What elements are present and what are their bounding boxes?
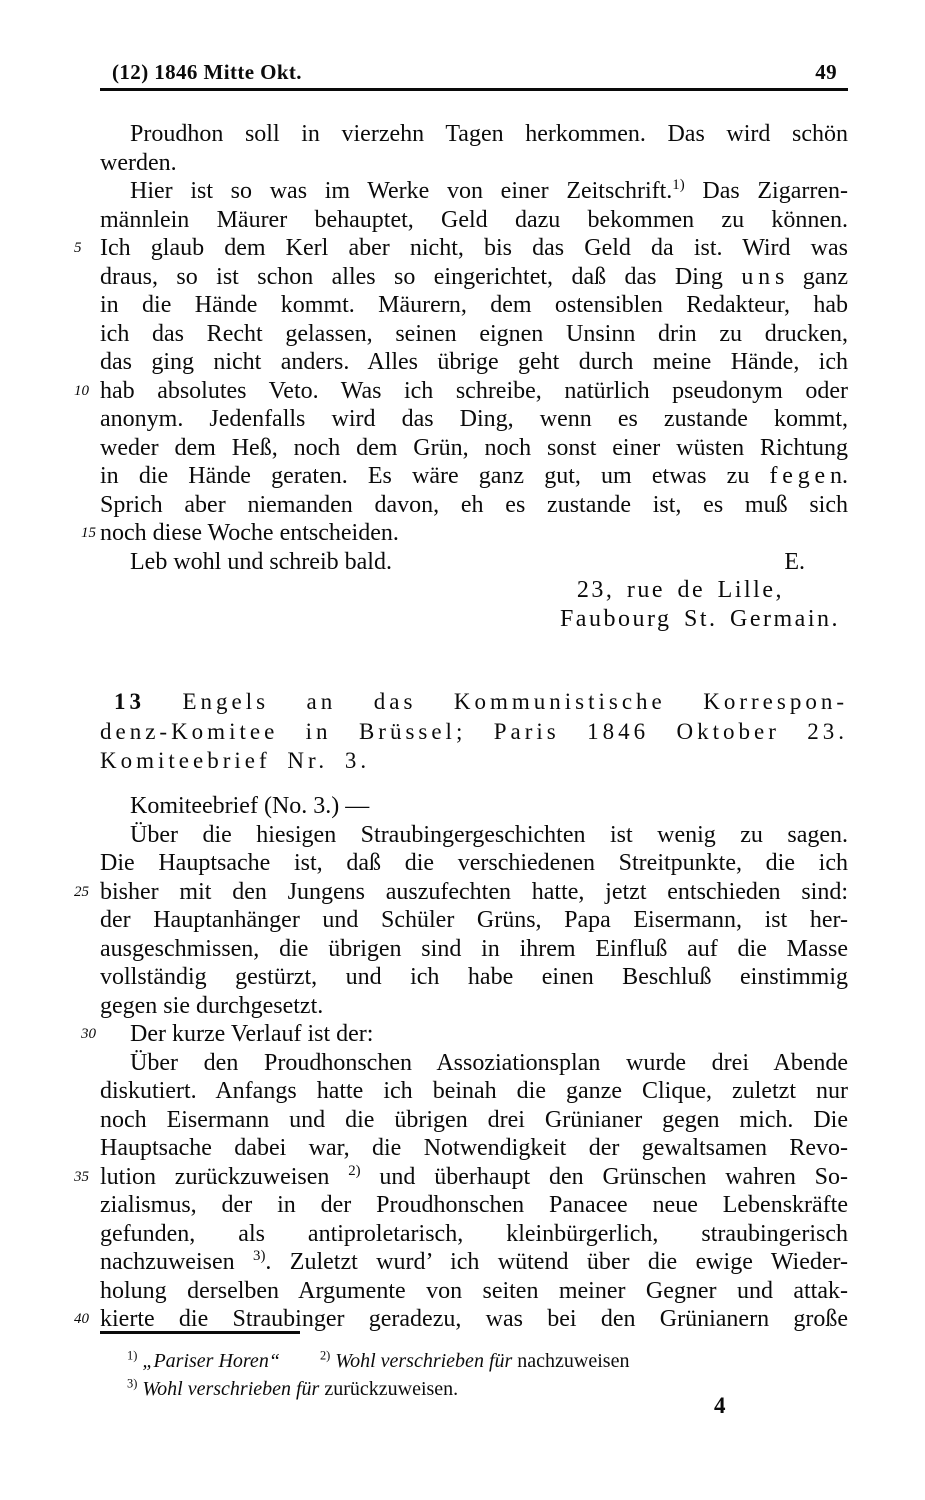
text-segment: Ich glaub dem Kerl aber nicht, bis das G… [100, 235, 848, 261]
text-segment: männlein Mäurer behauptet, Geld dazu bek… [100, 207, 848, 233]
text-segment: holung derselben Argumente von seiten me… [100, 1278, 848, 1304]
text-segment: 13 [114, 689, 145, 714]
text-line: in die Hände kommt. Mäurern, dem ostensi… [100, 291, 848, 320]
text-segment: Wohl verschrieben für [335, 1350, 512, 1372]
page-number-top: 49 [815, 60, 837, 85]
text-segment: anonym. Jedenfalls wird das Ding, wenn e… [100, 406, 848, 432]
text-segment: hab absolutes Veto. Was ich schreibe, na… [100, 378, 848, 404]
page-number-bottom: 4 [714, 1393, 726, 1419]
text-line: gefunden, als antiproletarisch, kleinbür… [100, 1220, 848, 1249]
text-line: das ging nicht anders. Alles übrige geht… [100, 348, 848, 377]
text-line: 5Ich glaub dem Kerl aber nicht, bis das … [100, 234, 848, 263]
footnote-reference: 3) [253, 1248, 265, 1264]
text-line: 15noch diese Woche entscheiden. [100, 519, 848, 548]
footnote-reference: 2) [320, 1348, 330, 1362]
text-line: 13 Engels an das Kommunistische Korrespo… [100, 687, 848, 717]
text-segment [280, 1350, 320, 1372]
text-segment: in die Hände geraten. Es wäre ganz gut, … [100, 463, 848, 489]
footnote-reference: 2) [348, 1163, 360, 1179]
text-line: Über den Proudhonschen Assoziationsplan … [100, 1049, 848, 1078]
text-segment: Wohl verschrieben für [142, 1378, 319, 1400]
text-line: holung derselben Argumente von seiten me… [100, 1277, 848, 1306]
address-line: 23, rue de Lille, [100, 576, 848, 605]
text-line: 30Der kurze Verlauf ist der: [100, 1020, 848, 1049]
text-segment: nachzuweisen [100, 1249, 253, 1275]
text-segment: Über den Proudhonschen Assoziationsplan … [130, 1050, 848, 1076]
text-segment: vollständig gestürzt, und ich habe einen… [100, 964, 848, 990]
address-line: Faubourg St. Germain. [100, 605, 848, 634]
text-segment: gefunden, als antiproletarisch, kleinbür… [100, 1221, 848, 1247]
text-segment: und überhaupt den Grünschen wahren So- [361, 1164, 848, 1190]
text-line: männlein Mäurer behauptet, Geld dazu bek… [100, 206, 848, 235]
text-line: anonym. Jedenfalls wird das Ding, wenn e… [100, 405, 848, 434]
text-segment: denz-Komitee in Brüssel; Paris 1846 Okto… [100, 719, 848, 744]
margin-line-number: 25 [74, 885, 96, 900]
letter-13-paragraphs: Komiteebrief (No. 3.) —Über die hiesigen… [100, 792, 848, 1334]
text-segment: . Zuletzt wurd’ ich wütend über die ewig… [265, 1249, 848, 1275]
footnote-separator-rule [100, 1331, 300, 1334]
text-segment: Über die hiesigen Straubingergeschichten… [130, 822, 848, 848]
text-line: 25bisher mit den Jungens auszufechten ha… [100, 878, 848, 907]
text-segment: lution zurückzuweisen [100, 1164, 348, 1190]
signature-line: Leb wohl und schreib bald. E. [100, 548, 848, 577]
section-heading-13: 13 Engels an das Kommunistische Korrespo… [100, 687, 848, 776]
text-segment: noch Eisermann und die übrigen drei Grün… [100, 1107, 848, 1133]
margin-line-number: 30 [74, 1027, 96, 1042]
signature-initial: E. [784, 548, 805, 577]
letter-12-paragraphs: Proudhon soll in vierzehn Tagen herkomme… [100, 120, 848, 548]
text-segment: Proudhon soll in vierzehn Tagen herkomme… [130, 121, 848, 147]
text-segment: bisher mit den Jungens auszufechten hatt… [100, 879, 848, 905]
text-segment: in die Hände kommt. Mäurern, dem ostensi… [100, 292, 848, 318]
text-line: 40kierte die Straubinger geradezu, was b… [100, 1305, 848, 1334]
text-segment: Das Zigarren- [685, 178, 848, 204]
text-segment: der Hauptanhänger und Schüler Grüns, Pap… [100, 907, 848, 933]
text-segment: Der kurze Verlauf ist der: [130, 1021, 373, 1047]
scanned-book-page: (12) 1846 Mitte Okt. 49 Proudhon soll in… [0, 0, 925, 1500]
text-segment: gegen sie durchgesetzt. [100, 993, 323, 1019]
text-segment: Die Hauptsache ist, daß die verschiedene… [100, 850, 848, 876]
text-line: Komiteebrief (No. 3.) — [100, 792, 848, 821]
text-line: 1) „Pariser Horen“ 2) Wohl verschrieben … [100, 1347, 848, 1375]
text-segment: noch diese Woche entscheiden. [100, 520, 399, 546]
text-line: 3) Wohl verschrieben für zurückzuweisen. [100, 1375, 848, 1403]
text-segment: weder dem Heß, noch dem Grün, noch sonst… [100, 435, 848, 461]
text-line: Sprich aber niemanden davon, eh es zusta… [100, 491, 848, 520]
text-line: draus, so ist schon alles so eingerichte… [100, 263, 848, 292]
text-line: ausgeschmissen, die übrigen sind in ihre… [100, 935, 848, 964]
text-line: Über die hiesigen Straubingergeschichten… [100, 821, 848, 850]
text-line: ich das Recht gelassen, seinen eignen Un… [100, 320, 848, 349]
text-line: 10hab absolutes Veto. Was ich schreibe, … [100, 377, 848, 406]
margin-line-number: 15 [74, 526, 96, 541]
text-line: Die Hauptsache ist, daß die verschiedene… [100, 849, 848, 878]
text-segment: Hauptsache dabei war, die Notwendigkeit … [100, 1135, 848, 1161]
text-segment: zialismus, der in der Proudhonschen Pana… [100, 1192, 848, 1218]
text-line: vollständig gestürzt, und ich habe einen… [100, 963, 848, 992]
text-segment: das ging nicht anders. Alles übrige geht… [100, 349, 848, 375]
text-segment: draus, so ist schon alles so eingerichte… [100, 264, 848, 290]
text-line: 35lution zurückzuweisen 2) und überhaupt… [100, 1163, 848, 1192]
running-header-title: (12) 1846 Mitte Okt. [100, 60, 302, 85]
text-line: Hier ist so was im Werke von einer Zeits… [100, 177, 848, 206]
closing-phrase: Leb wohl und schreib bald. [130, 549, 392, 575]
text-line: weder dem Heß, noch dem Grün, noch sonst… [100, 434, 848, 463]
text-line: werden. [100, 149, 848, 178]
text-segment: Komiteebrief Nr. 3. [100, 748, 370, 773]
text-line: in die Hände geraten. Es wäre ganz gut, … [100, 462, 848, 491]
footnote-reference: 1) [672, 177, 684, 193]
text-segment: ausgeschmissen, die übrigen sind in ihre… [100, 936, 848, 962]
text-line: diskutiert. Anfangs hatte ich beinah die… [100, 1077, 848, 1106]
text-line: der Hauptanhänger und Schüler Grüns, Pap… [100, 906, 848, 935]
text-segment: kierte die Straubinger geradezu, was bei… [100, 1306, 848, 1332]
text-line: zialismus, der in der Proudhonschen Pana… [100, 1191, 848, 1220]
text-segment: ich das Recht gelassen, seinen eignen Un… [100, 321, 848, 347]
text-line: Komiteebrief Nr. 3. [100, 746, 848, 776]
text-segment: diskutiert. Anfangs hatte ich beinah die… [100, 1078, 848, 1104]
footnotes: 1) „Pariser Horen“ 2) Wohl verschrieben … [100, 1347, 848, 1403]
running-header: (12) 1846 Mitte Okt. 49 [100, 60, 848, 85]
text-line: Hauptsache dabei war, die Notwendigkeit … [100, 1134, 848, 1163]
section-heading-lines: 13 Engels an das Kommunistische Korrespo… [100, 687, 848, 776]
text-segment: Engels an das Kommunistische Korrespon- [145, 689, 848, 714]
header-rule [100, 88, 848, 91]
text-line: noch Eisermann und die übrigen drei Grün… [100, 1106, 848, 1135]
margin-line-number: 10 [74, 384, 96, 399]
text-segment: Komiteebrief (No. 3.) — [130, 793, 369, 819]
text-segment: Sprich aber niemanden davon, eh es zusta… [100, 492, 848, 518]
text-segment: nachzuweisen [512, 1350, 629, 1372]
text-line: Proudhon soll in vierzehn Tagen herkomme… [100, 120, 848, 149]
text-line: gegen sie durchgesetzt. [100, 992, 848, 1021]
footnote-reference: 3) [127, 1376, 137, 1390]
letter-12-body: Proudhon soll in vierzehn Tagen herkomme… [100, 120, 848, 633]
text-line: nachzuweisen 3). Zuletzt wurd’ ich wüten… [100, 1248, 848, 1277]
text-segment: Hier ist so was im Werke von einer Zeits… [130, 178, 672, 204]
text-line: denz-Komitee in Brüssel; Paris 1846 Okto… [100, 717, 848, 747]
margin-line-number: 40 [74, 1312, 96, 1327]
footnote-reference: 1) [127, 1348, 137, 1362]
margin-line-number: 5 [74, 241, 96, 256]
text-segment: zurückzuweisen. [319, 1378, 458, 1400]
text-segment: werden. [100, 150, 177, 176]
margin-line-number: 35 [74, 1170, 96, 1185]
text-segment: „Pariser Horen“ [142, 1350, 280, 1372]
letter-13-body: Komiteebrief (No. 3.) —Über die hiesigen… [100, 792, 848, 1334]
